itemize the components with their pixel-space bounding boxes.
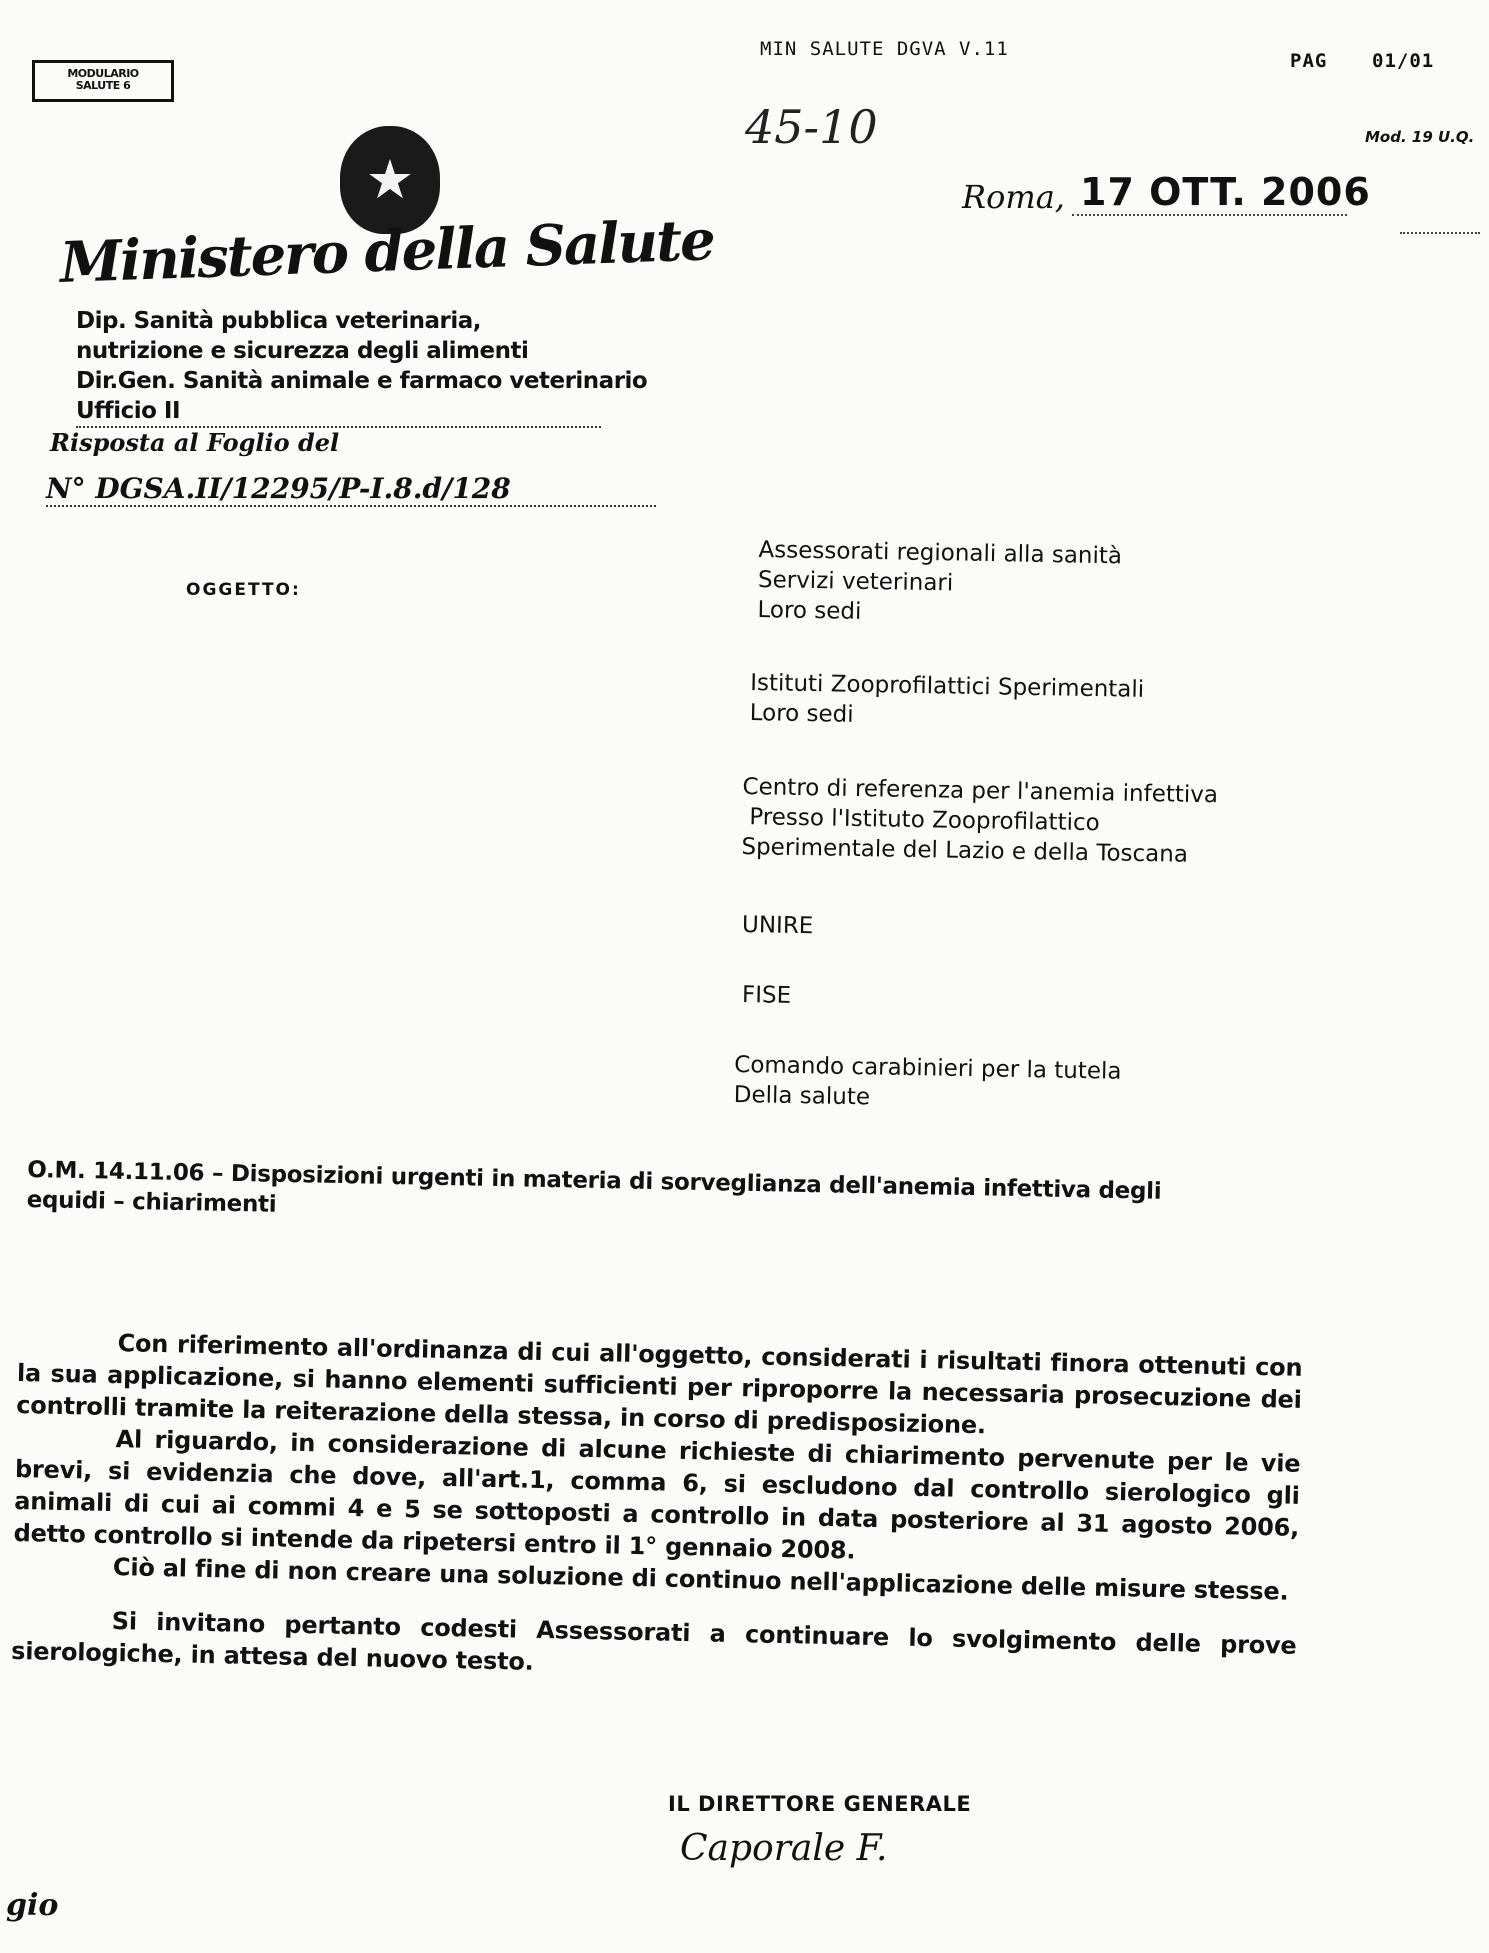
handwritten-number: 45-10: [745, 100, 878, 154]
recipient-line: Loro sedi: [757, 595, 1121, 631]
star-icon: ★: [362, 152, 418, 208]
body-paragraph-4: Si invitano pertanto codesti Assessorati…: [11, 1603, 1297, 1694]
date-underline: [1072, 214, 1347, 216]
handwritten-initials: gio: [6, 1888, 58, 1923]
dept-line-2: nutrizione e sicurezza degli alimenti: [76, 336, 647, 366]
subject-block: O.M. 14.11.06 – Disposizioni urgenti in …: [26, 1155, 1161, 1237]
modulario-stamp: MODULARIO SALUTE 6: [32, 60, 174, 102]
recipient-istituti: Istituti Zooprofilattici Sperimentali Lo…: [749, 668, 1144, 735]
recipient-carabinieri: Comando carabinieri per la tutela Della …: [733, 1050, 1121, 1117]
dept-line-3: Dir.Gen. Sanità animale e farmaco veteri…: [76, 366, 647, 396]
department-block: Dip. Sanità pubblica veterinaria, nutriz…: [76, 306, 647, 428]
page-label: PAG: [1290, 50, 1327, 72]
signatory-title: IL DIRETTORE GENERALE: [668, 1792, 971, 1816]
stamp-line-2: SALUTE 6: [35, 80, 171, 92]
oggetto-label: OGGETTO:: [186, 580, 301, 600]
recipient-fise: FISE: [742, 980, 792, 1011]
reply-reference-line: Risposta al Foglio del: [50, 428, 339, 457]
dept-line-1: Dip. Sanità pubblica veterinaria,: [76, 306, 647, 336]
recipient-centro-referenza: Centro di referenza per l'anemia infetti…: [741, 772, 1218, 870]
dept-line-4: Ufficio II: [76, 396, 601, 428]
date-city: Roma,: [962, 178, 1065, 216]
letter-body: Con riferimento all'ordinanza di cui all…: [11, 1325, 1303, 1694]
fax-sender-header: MIN SALUTE DGVA V.11: [760, 38, 1009, 60]
recipient-assessorati: Assessorati regionali alla sanità Serviz…: [757, 535, 1122, 631]
page-number: 01/01: [1372, 50, 1434, 72]
date-value: 17 OTT. 2006: [1080, 170, 1371, 214]
ministry-name: Ministero della Salute: [59, 207, 715, 296]
date-line: Roma, 17 OTT. 2006: [962, 170, 1382, 220]
protocol-number: N° DGSA.II/12295/P-I.8.d/128: [46, 472, 656, 507]
recipient-unire: UNIRE: [742, 910, 814, 941]
dotted-rule: [1400, 232, 1480, 234]
form-code: Mod. 19 U.Q.: [1365, 128, 1474, 146]
handwritten-signature: Caporale F.: [680, 1828, 887, 1869]
